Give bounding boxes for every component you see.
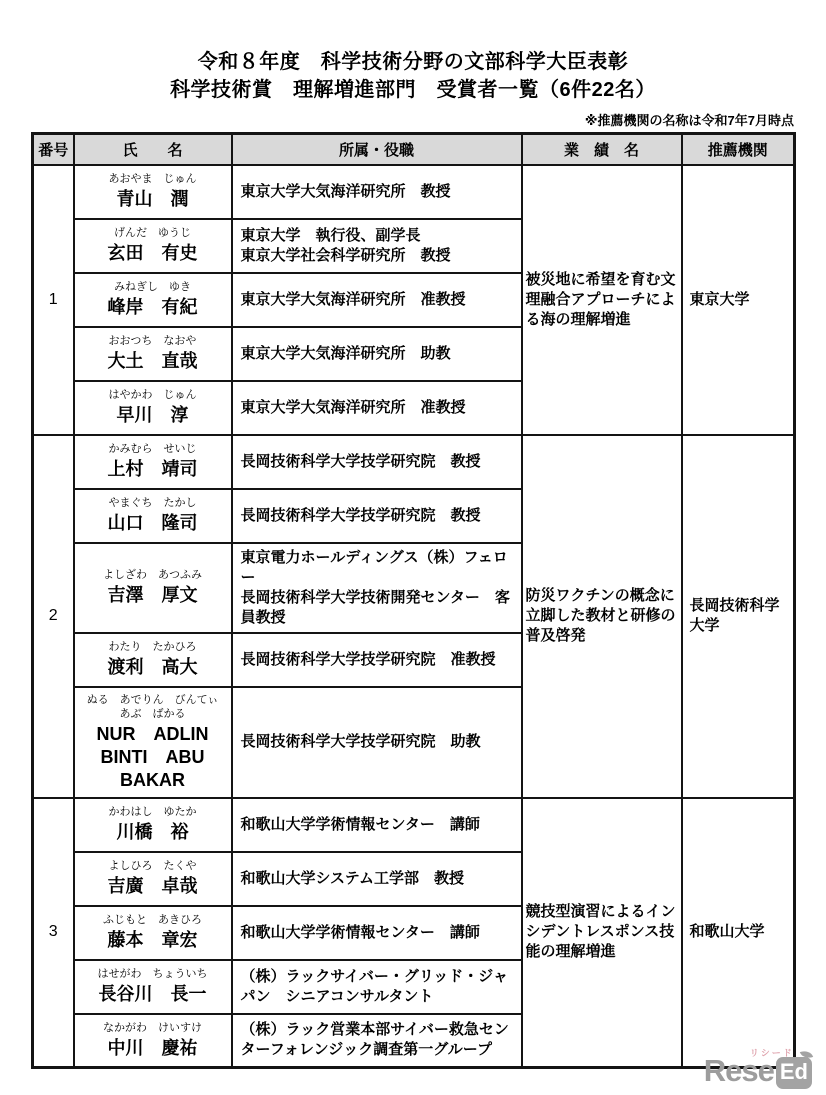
name-cell: げんだ ゆうじ玄田 有史	[74, 219, 232, 273]
name-furigana: ふじもと あきひろ	[79, 913, 227, 927]
affiliation-cell: 東京大学 執行役、副学長 東京大学社会科学研究所 教授	[232, 219, 522, 273]
name-furigana: なかがわ けいすけ	[79, 1021, 227, 1035]
name-furigana: わたり たかひろ	[79, 640, 227, 654]
reseed-badge-text: Ed	[780, 1059, 808, 1084]
reseed-logo-badge: Ed	[776, 1057, 812, 1089]
affiliation-cell: 長岡技術科学大学技学研究院 准教授	[232, 633, 522, 687]
affiliation-cell: 長岡技術科学大学技学研究院 助教	[232, 687, 522, 798]
name-text: 長谷川 長一	[79, 983, 227, 1006]
affiliation-cell: 長岡技術科学大学技学研究院 教授	[232, 489, 522, 543]
table-row: 2かみむら せいじ上村 靖司長岡技術科学大学技学研究院 教授防災ワクチンの概念に…	[33, 435, 795, 489]
recommender-cell: 長岡技術科学大学	[682, 435, 795, 798]
name-cell: なかがわ けいすけ中川 慶祐	[74, 1014, 232, 1068]
name-cell: おおつち なおや大土 直哉	[74, 327, 232, 381]
page-title-line1: 令和８年度 科学技術分野の文部科学大臣表彰	[0, 48, 826, 76]
name-text: NUR ADLIN BINTI ABU BAKAR	[79, 723, 227, 792]
name-cell: はせがわ ちょういち長谷川 長一	[74, 960, 232, 1014]
affiliation-cell: 東京大学大気海洋研究所 准教授	[232, 381, 522, 435]
affiliation-cell: 和歌山大学学術情報センター 講師	[232, 906, 522, 960]
achievement-cell: 防災ワクチンの概念に立脚した教材と研修の普及啓発	[522, 435, 682, 798]
name-text: 早川 淳	[79, 404, 227, 427]
name-furigana: よしひろ たくや	[79, 859, 227, 873]
name-cell: かわはし ゆたか川橋 裕	[74, 798, 232, 852]
name-text: 上村 靖司	[79, 458, 227, 481]
name-cell: ぬる あでりん びんてぃ あぶ ばかるNUR ADLIN BINTI ABU B…	[74, 687, 232, 798]
page-title: 令和８年度 科学技術分野の文部科学大臣表彰 科学技術賞 理解増進部門 受賞者一覧…	[0, 48, 826, 104]
name-cell: あおやま じゅん青山 潤	[74, 165, 232, 219]
recommender-date-note: ※推薦機関の名称は令和7年7月時点	[31, 110, 794, 129]
recipients-table: 番号 氏 名 所属・役職 業 績 名 推薦機関 1あおやま じゅん青山 潤東京大…	[31, 132, 796, 1069]
table-row: 1あおやま じゅん青山 潤東京大学大気海洋研究所 教授被災地に希望を育む文理融合…	[33, 165, 795, 219]
name-furigana: かわはし ゆたか	[79, 805, 227, 819]
header-recommender: 推薦機関	[682, 134, 795, 165]
name-text: 渡利 高大	[79, 656, 227, 679]
affiliation-cell: 長岡技術科学大学技学研究院 教授	[232, 435, 522, 489]
name-furigana: はやかわ じゅん	[79, 388, 227, 402]
name-cell: ふじもと あきひろ藤本 章宏	[74, 906, 232, 960]
name-cell: よしひろ たくや吉廣 卓哉	[74, 852, 232, 906]
table-row: 3かわはし ゆたか川橋 裕和歌山大学学術情報センター 講師競技型演習によるインシ…	[33, 798, 795, 852]
name-cell: みねぎし ゆき峰岸 有紀	[74, 273, 232, 327]
affiliation-cell: 和歌山大学学術情報センター 講師	[232, 798, 522, 852]
name-text: 山口 隆司	[79, 512, 227, 535]
header-affiliation: 所属・役職	[232, 134, 522, 165]
name-furigana: やまぐち たかし	[79, 496, 227, 510]
name-text: 藤本 章宏	[79, 929, 227, 952]
name-text: 大土 直哉	[79, 350, 227, 373]
name-furigana: ぬる あでりん びんてぃ あぶ ばかる	[79, 693, 227, 721]
name-cell: かみむら せいじ上村 靖司	[74, 435, 232, 489]
affiliation-cell: （株）ラックサイバー・グリッド・ジャパン シニアコンサルタント	[232, 960, 522, 1014]
name-text: 中川 慶祐	[79, 1037, 227, 1060]
name-furigana: かみむら せいじ	[79, 442, 227, 456]
header-row: 番号 氏 名 所属・役職 業 績 名 推薦機関	[33, 134, 795, 165]
affiliation-cell: 東京大学大気海洋研究所 助教	[232, 327, 522, 381]
header-achievement: 業 績 名	[522, 134, 682, 165]
affiliation-cell: 和歌山大学システム工学部 教授	[232, 852, 522, 906]
achievement-cell: 競技型演習によるインシデントレスポンス技能の理解増進	[522, 798, 682, 1068]
affiliation-cell: 東京大学大気海洋研究所 准教授	[232, 273, 522, 327]
name-furigana: はせがわ ちょういち	[79, 967, 227, 981]
recommender-cell: 和歌山大学	[682, 798, 795, 1068]
row-number-cell: 1	[33, 165, 74, 435]
header-no: 番号	[33, 134, 74, 165]
page-title-line2: 科学技術賞 理解増進部門 受賞者一覧（6件22名）	[0, 76, 826, 104]
name-text: 吉廣 卓哉	[79, 875, 227, 898]
name-furigana: よしざわ あつふみ	[79, 568, 227, 582]
name-cell: はやかわ じゅん早川 淳	[74, 381, 232, 435]
name-text: 吉澤 厚文	[79, 584, 227, 607]
reseed-logo: リシード ReseEd	[704, 1053, 812, 1089]
affiliation-cell: （株）ラック営業本部サイバー救急センターフォレンジック調査第一グループ	[232, 1014, 522, 1068]
name-text: 川橋 裕	[79, 821, 227, 844]
name-cell: わたり たかひろ渡利 高大	[74, 633, 232, 687]
header-name: 氏 名	[74, 134, 232, 165]
name-furigana: げんだ ゆうじ	[79, 226, 227, 240]
affiliation-cell: 東京電力ホールディングス（株）フェロー 長岡技術科学大学技術開発センター 客員教…	[232, 543, 522, 633]
name-cell: やまぐち たかし山口 隆司	[74, 489, 232, 543]
name-furigana: あおやま じゅん	[79, 172, 227, 186]
reseed-watermark: リシード ReseEd	[704, 1053, 812, 1089]
row-number-cell: 3	[33, 798, 74, 1068]
name-cell: よしざわ あつふみ吉澤 厚文	[74, 543, 232, 633]
name-furigana: みねぎし ゆき	[79, 280, 227, 294]
row-number-cell: 2	[33, 435, 74, 798]
name-text: 玄田 有史	[79, 242, 227, 265]
name-text: 青山 潤	[79, 188, 227, 211]
recommender-cell: 東京大学	[682, 165, 795, 435]
name-text: 峰岸 有紀	[79, 296, 227, 319]
name-furigana: おおつち なおや	[79, 334, 227, 348]
achievement-cell: 被災地に希望を育む文理融合アプローチによる海の理解増進	[522, 165, 682, 435]
affiliation-cell: 東京大学大気海洋研究所 教授	[232, 165, 522, 219]
